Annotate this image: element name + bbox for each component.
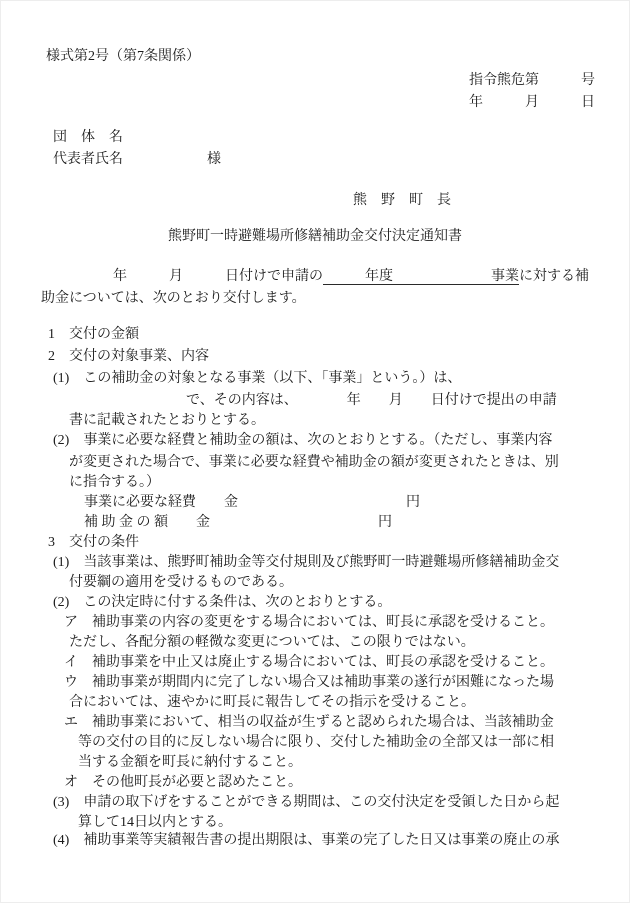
form-number-label: 様式第2号（第7条関係） xyxy=(46,47,200,67)
section-2-heading: 2 交付の対象事業、内容 xyxy=(48,347,209,367)
fiscal-year-project-blank: 年度 事業 xyxy=(323,269,519,285)
section-2-item-1-line-3: 書に記載されたとおりとする。 xyxy=(69,411,265,431)
condition-e-line-3: 当する金額を町長に納付すること。 xyxy=(78,753,302,773)
section-2-item-1-line-1: (1) この補助金の対象となる事業（以下、「事業」という。）は、 xyxy=(53,369,461,389)
section-3-item-2-heading: (2) この決定時に付する条件は、次のとおりとする。 xyxy=(53,593,391,613)
intro-line-2: 助金については、次のとおり交付します。 xyxy=(41,289,306,309)
condition-a-line-1: ア 補助事業の内容の変更をする場合においては、町長に承認を受けること。 xyxy=(64,613,554,633)
section-2-item-2-line-3: に指令する。） xyxy=(69,473,160,493)
section-3-item-3-line-1: (3) 申請の取下げをすることができる期間は、この交付決定を受領した日から起 xyxy=(53,793,559,813)
section-3-item-4-line-1: (4) 補助事業等実績報告書の提出期限は、事業の完了した日又は事業の廃止の承 xyxy=(53,831,559,851)
condition-o-line: オ その他町長が必要と認めたこと。 xyxy=(64,773,302,793)
subsidy-amount-row: 補 助 金 の 額 金 円 xyxy=(84,513,392,533)
section-2-item-2-line-2: が変更された場合で、事業に必要な経費や補助金の額が変更されたときは、別 xyxy=(69,453,559,473)
document-title: 熊野町一時避難場所修繕補助金交付決定通知書 xyxy=(1,227,629,247)
intro-line-1: 年 月 日付けで申請の 年度 事業に対する補 xyxy=(43,267,589,287)
section-3-heading: 3 交付の条件 xyxy=(48,533,139,553)
section-3-item-3-line-2: 算して14日以内とする。 xyxy=(78,813,232,833)
section-3-item-1-line-1: (1) 当該事業は、熊野町補助金等交付規則及び熊野町一時避難場所修繕補助金交 xyxy=(53,553,559,573)
condition-e-line-2: 等の交付の目的に反しない場合に限り、交付した補助金の全部又は一部に相 xyxy=(78,733,554,753)
intro-tail-text: に対する補 xyxy=(519,269,589,284)
condition-i-line: イ 補助事業を中止又は廃止する場合においては、町長の承認を受けること。 xyxy=(64,653,554,673)
section-2-item-2-line-1: (2) 事業に必要な経費と補助金の額は、次のとおりとする。（ただし、事業内容 xyxy=(53,431,552,451)
section-3-item-1-line-2: 付要綱の適用を受けるものである。 xyxy=(69,573,293,593)
condition-u-line-2: 合においては、速やかに町長に報告してその指示を受けること。 xyxy=(69,693,475,713)
directive-ref-number: 指令熊危第 号 xyxy=(469,71,595,91)
organization-name-label: 団 体 名 xyxy=(53,128,123,148)
condition-e-line-1: エ 補助事業において、相当の収益が生ずると認められた場合は、当該補助金 xyxy=(64,713,554,733)
condition-u-line-1: ウ 補助事業が期間内に完了しない場合又は補助事業の遂行が困難になった場 xyxy=(64,673,554,693)
condition-a-line-2: ただし、各配分額の軽微な変更については、この限りではない。 xyxy=(69,633,475,653)
intro-date-text: 年 月 日付けで申請の xyxy=(43,269,323,284)
document-page: 様式第2号（第7条関係） 指令熊危第 号 年 月 日 団 体 名 代表者氏名 様… xyxy=(0,0,630,903)
section-1-heading: 1 交付の金額 xyxy=(48,325,139,345)
representative-name-label: 代表者氏名 様 xyxy=(53,150,221,170)
section-2-item-1-line-2: で、その内容は、 年 月 日付けで提出の申請 xyxy=(186,391,557,411)
project-expense-amount-row: 事業に必要な経費 金 円 xyxy=(84,493,420,513)
issue-date-blank: 年 月 日 xyxy=(469,93,595,113)
sender-mayor-label: 熊 野 町 長 xyxy=(353,191,451,211)
